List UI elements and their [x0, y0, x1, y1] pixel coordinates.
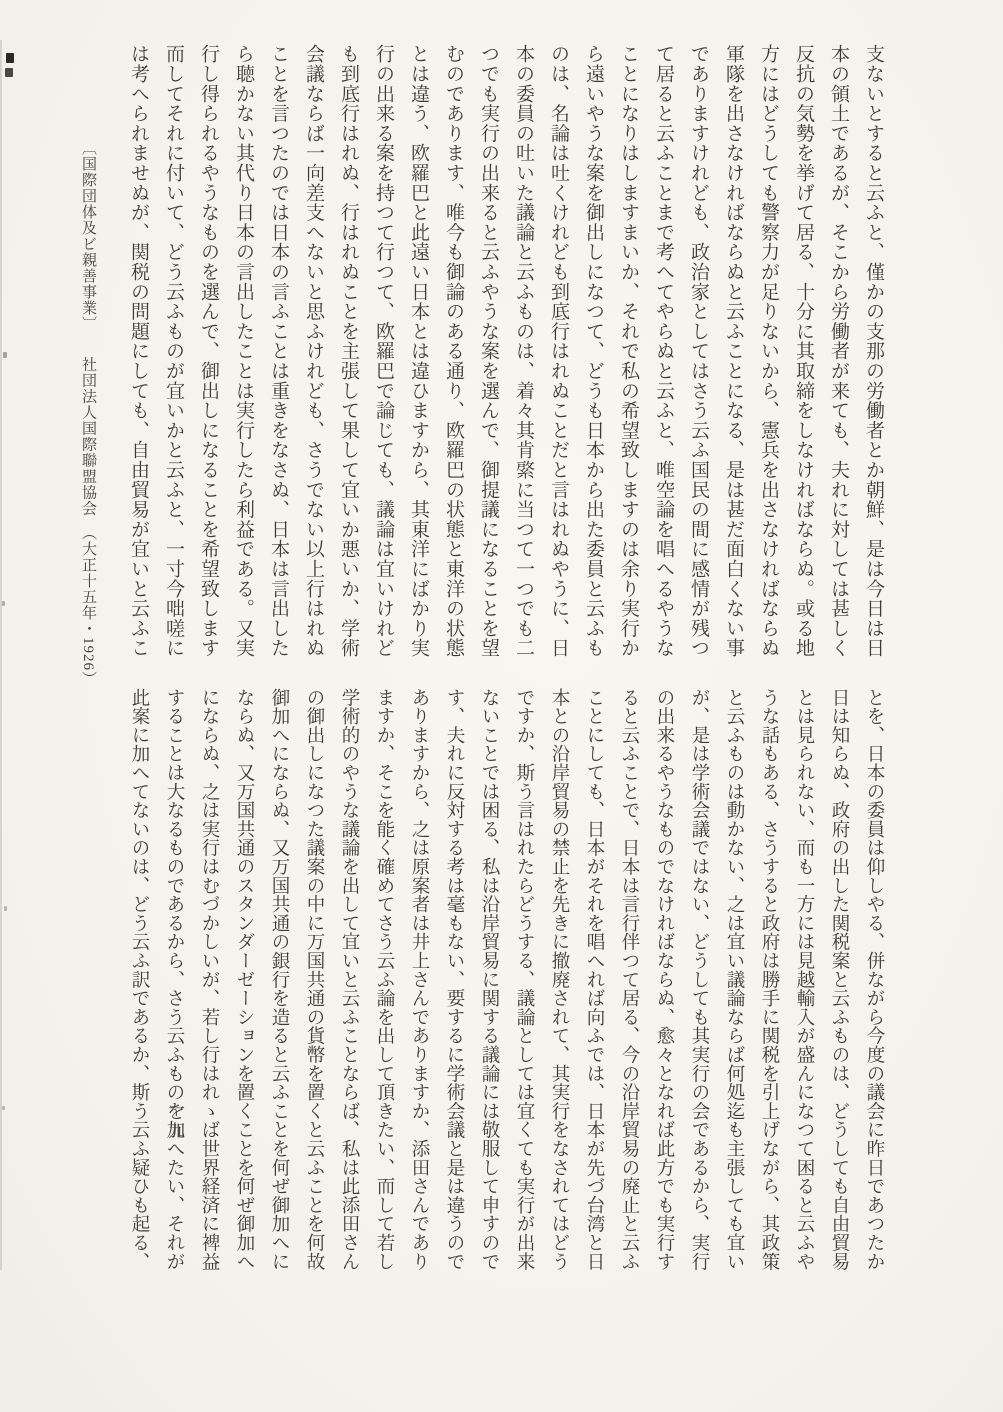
bottom-block-columns: とを、日本の委員は仰しやる、併ながら今度の議会に昨日であつたか日は知らぬ、政府の…	[121, 688, 891, 1288]
text-column: 会議ならば一向差支へないと思ふけれども、さうでない以上行はれぬ	[296, 44, 331, 676]
text-column: 支ないとすると云ふと、僅かの支那の労働者とか朝鮮、是は今日は日	[856, 44, 891, 676]
text-column: が、是は学術会議ではない、どうしても其実行の会であるから、実行	[681, 688, 716, 1288]
scan-artifact	[6, 53, 14, 63]
scan-artifact	[3, 352, 7, 358]
text-column: ですか、斯う言はれたらどうする、議論としては宜くても実行が出来	[506, 688, 541, 1288]
scan-artifact	[4, 906, 7, 911]
text-column: ら遠いやうな案を御出しになつて、どうも日本から出た委員と云ふも	[576, 44, 611, 676]
text-column: 学術的のやうな議論を出して宜いと云ふことならば、私は此添田さん	[331, 688, 366, 1288]
scanned-document-page: { "page": { "background": "#f6f4ee", "in…	[0, 0, 1003, 1412]
text-column: 方にはどうしても警察力が足りないから、憲兵を出さなければならぬ	[751, 44, 786, 676]
text-column: 而してそれに付いて、どう云ふものが宜いかと云ふと、一寸今咄嗟に	[156, 44, 191, 676]
text-column: 御加へにならぬ、又万国共通の銀行を造ると云ふことを何ぜ御加へに	[261, 688, 296, 1288]
citation-line: 〔国際団体及ビ親善事業〕 社団法人国際聯盟協会 （大正十五年・1926）	[73, 44, 103, 676]
text-column: うな話もある、さうすると政府は勝手に関税を引上げながら、其政策	[751, 688, 786, 1288]
text-column: 行し得られるやうなものを選んで、御出しになることを希望致します	[191, 44, 226, 676]
bottom-text-block: とを、日本の委員は仰しやる、併ながら今度の議会に昨日であつたか日は知らぬ、政府の…	[121, 688, 891, 1288]
scan-artifact	[5, 68, 13, 77]
text-column: ことにしても、日本がそれを唱へれば向ふでは、日本が先づ台湾と日	[576, 688, 611, 1288]
text-column: す、夫れに反対する考は毫もない、要するに学術会議と是は違うので	[436, 688, 471, 1288]
text-column: ことになりはしますまいか、それで私の希望致しますのは余り実行か	[611, 44, 646, 676]
text-column: 本との沿岸貿易の禁止を先きに撤廃されて、其実行をなされてはどう	[541, 688, 576, 1288]
top-text-block: 支ないとすると云ふと、僅かの支那の労働者とか朝鮮、是は今日は日本の領土であるが、…	[73, 44, 891, 676]
scan-artifact	[2, 601, 5, 606]
scan-edge-line	[0, 40, 2, 1270]
text-column: 軍隊を出さなければならぬと云ふことになる、是は甚だ面白くない事	[716, 44, 751, 676]
scan-artifact	[2, 1106, 5, 1110]
text-column: 此案に加へてないのは、どう云ふ訳であるか、斯う云ふ疑ひも起る、	[121, 688, 156, 1288]
text-column: と云ふものは動かない、之は宜い議論ならば何処迄も主張しても宜い	[716, 688, 751, 1288]
text-column: のは、名論は吐くけれども到底行はれぬことだと言はれぬやうに、日	[541, 44, 576, 676]
text-column: は考へられませぬが、関税の問題にしても、自由貿易が宜いと云ふこ	[121, 44, 156, 676]
text-column: ありますから、之は原案者は井上さんでありますか、添田さんであり	[401, 688, 436, 1288]
text-column: ことを言つたのでは日本の言ふことは重きをなさぬ、日本は言出した	[261, 44, 296, 676]
text-column: ると云ふことで、日本は言行伴つて居る、今の沿岸貿易の廃止と云ふ	[611, 688, 646, 1288]
text-column: でありますけれども、政治家としてはさう云ふ国民の間に感情が残つ	[681, 44, 716, 676]
text-column: することは大なるものであるから、さう云ふものを加へたい、それが	[156, 688, 191, 1288]
text-column: 本の領土であるが、そこから労働者が来ても、夫れに対しては甚しく	[821, 44, 856, 676]
text-column: むのであります、唯今も御論のある通り、欧羅巴の状態と東洋の状態	[436, 44, 471, 676]
text-column: ならぬ、又万国共通のスタンダーゼーションを置くことを何ぜ御加へ	[226, 688, 261, 1288]
text-column: 本の委員の吐いた議論と云ふものは、着々其肯綮に当つて一つでも二	[506, 44, 541, 676]
text-column: とは見られない、而も一方には見越輸入が盛んになつて困ると云ふや	[786, 688, 821, 1288]
text-column: ら聴かない其代り日本の言出したことは実行したら利益である。又実	[226, 44, 261, 676]
text-column: つでも実行の出来ると云ふやうな案を選んで、御提議になることを望	[471, 44, 506, 676]
text-column: 反抗の気勢を挙げて居る、十分に其取締をしなければならぬ。或る地	[786, 44, 821, 676]
page-number: 一九	[162, 1100, 187, 1144]
text-column: の出来るやうなものでなければならぬ、愈々となれば此方でも実行す	[646, 688, 681, 1288]
text-column: ないことでは困る、私は沿岸貿易に関する議論には敬服して申すので	[471, 688, 506, 1288]
text-column: とを、日本の委員は仰しやる、併ながら今度の議会に昨日であつたか	[856, 688, 891, 1288]
text-column: ますか、そこを能く確めてさう云ふ論を出して頂きたい、而して若し	[366, 688, 401, 1288]
text-column: も到底行はれぬ、行はれぬことを主張して果して宜いか悪いか、学術	[331, 44, 366, 676]
top-block-columns: 支ないとすると云ふと、僅かの支那の労働者とか朝鮮、是は今日は日本の領土であるが、…	[121, 44, 891, 676]
text-column: て居ると云ふことまで考へてやらぬと云ふと、唯空論を唱へるやうな	[646, 44, 681, 676]
text-column: の御出しになつた議案の中に万国共通の貨幣を置くと云ふことを何故	[296, 688, 331, 1288]
text-column: 日は知らぬ、政府の出した関税案と云ふものは、どうしても自由貿易	[821, 688, 856, 1288]
text-column: にならぬ、之は実行はむづかしいが、若し行はれゝば世界経済に裨益	[191, 688, 226, 1288]
text-column: 行の出来る案を持つて行つて、欧羅巴で論じても、議論は宜いけれど	[366, 44, 401, 676]
text-column: とは違う、欧羅巴と此遠い日本とは違ひますから、其東洋にばかり実	[401, 44, 436, 676]
